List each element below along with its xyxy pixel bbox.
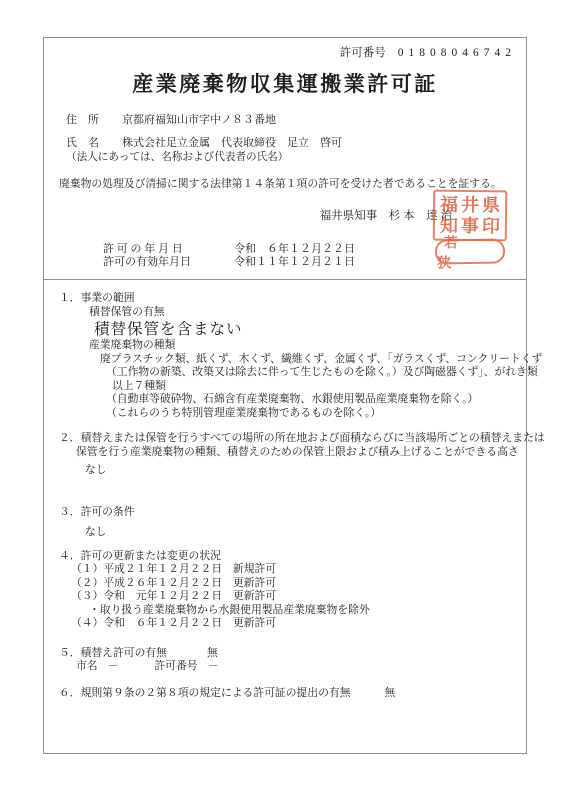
seal-text-line1: 福井県	[437, 194, 503, 216]
section-2-heading-line1: ２．積替えまたは保管を行うすべての場所の所在地および面積ならびに当該場所ごとの積…	[44, 432, 526, 446]
corporate-note: （法人にあっては、名称および代表者の氏名）	[44, 151, 526, 165]
renewal-history-item: （１）平成２１年１２月２２日 新規許可	[44, 563, 526, 577]
expiry-date-value: 令和１１年１２月２１日	[234, 256, 355, 268]
section-5-heading: ５．積替え許可の有無	[59, 647, 167, 659]
name-value: 株式会社足立金属 代表取締役 足立 啓可	[122, 137, 342, 149]
address-label: 住 所	[66, 114, 122, 128]
name-row: 氏 名株式会社足立金属 代表取締役 足立 啓可	[44, 137, 526, 151]
permit-document: 許可番号01808046742 産業廃棄物収集運搬業許可証 住 所京都府福知山市…	[43, 37, 527, 754]
transfer-permit-number-value: －	[208, 660, 219, 672]
section-3-value: なし	[44, 526, 526, 540]
section-6-heading: ６．規則第９条の２第８項の規定による許可証の提出の有無	[59, 687, 351, 699]
section-5-detail-row: 市名－許可番号－	[44, 660, 526, 674]
waste-line: 以上７種類	[44, 380, 526, 394]
permit-number-row: 許可番号01808046742	[44, 46, 526, 60]
renewal-history-item: （３）令和 元年１２月２２日 更新許可	[44, 590, 526, 604]
expiry-date-label: 許可の有効年月日	[103, 256, 234, 269]
waste-line: （工作物の新築、改築又は除去に伴って生じたものを除く。）及び陶磁器くず」、がれき…	[44, 366, 526, 380]
header-body-divider	[44, 279, 526, 280]
transfer-permit-number-label: 許可番号	[154, 660, 197, 672]
section-6-heading-row: ６．規則第９条の２第８項の規定による許可証の提出の有無無	[44, 687, 526, 701]
document-title: 産業廃棄物収集運搬業許可証	[44, 70, 526, 98]
transfer-storage-label: 積替保管の有無	[44, 306, 526, 320]
waste-line: （これらのうち特別管理産業廃棄物であるものを除く。）	[44, 407, 526, 421]
permit-number-label: 許可番号	[340, 47, 386, 59]
city-value: －	[108, 660, 119, 672]
permit-number-value: 01808046742	[398, 47, 516, 59]
renewal-history-item: （２）平成２６年１２月２２日 更新許可	[44, 577, 526, 591]
name-label: 氏 名	[66, 137, 122, 151]
wakasa-seal: 若 狭	[435, 239, 505, 265]
renewal-history-note: ・取り扱う産業廃棄物から水銀使用製品産業廃棄物を除外	[44, 604, 526, 618]
section-2-heading-line2: 保管を行う産業廃棄物の種類、積替えのための保管上限および積み上げることができる高…	[44, 446, 526, 460]
section-1-heading: １．事業の範囲	[44, 292, 526, 306]
transfer-storage-value: 積替保管を含まない	[44, 320, 526, 339]
section-5-value: 無	[207, 647, 218, 659]
scanned-page: 許可番号01808046742 産業廃棄物収集運搬業許可証 住 所京都府福知山市…	[0, 0, 566, 800]
section-2-value: なし	[44, 464, 526, 478]
renewal-history-item: （４）令和 ６年１２月２２日 更新許可	[44, 617, 526, 631]
waste-line: （自動車等破砕物、石綿含有産業廃棄物、水銀使用製品産業廃棄物を除く。）	[44, 393, 526, 407]
section-4-heading: ４．許可の更新または変更の状況	[44, 550, 526, 564]
issue-date-value: 令和 ６年１２月２２日	[234, 243, 355, 255]
address-value: 京都府福知山市字中ノ８３番地	[122, 114, 276, 126]
waste-line: 廃プラスチック類、紙くず、木くず、繊維くず、金属くず、「ガラスくず、コンクリート…	[44, 353, 526, 367]
section-6-value: 無	[385, 687, 396, 699]
section-5-heading-row: ５．積替え許可の有無無	[44, 647, 526, 661]
address-row: 住 所京都府福知山市字中ノ８３番地	[44, 114, 526, 128]
waste-type-label: 産業廃棄物の種類	[44, 339, 526, 353]
city-label: 市名	[76, 660, 98, 672]
section-3-heading: ３．許可の条件	[44, 506, 526, 520]
issue-date-label: 許 可 の 年 月 日	[103, 243, 234, 256]
